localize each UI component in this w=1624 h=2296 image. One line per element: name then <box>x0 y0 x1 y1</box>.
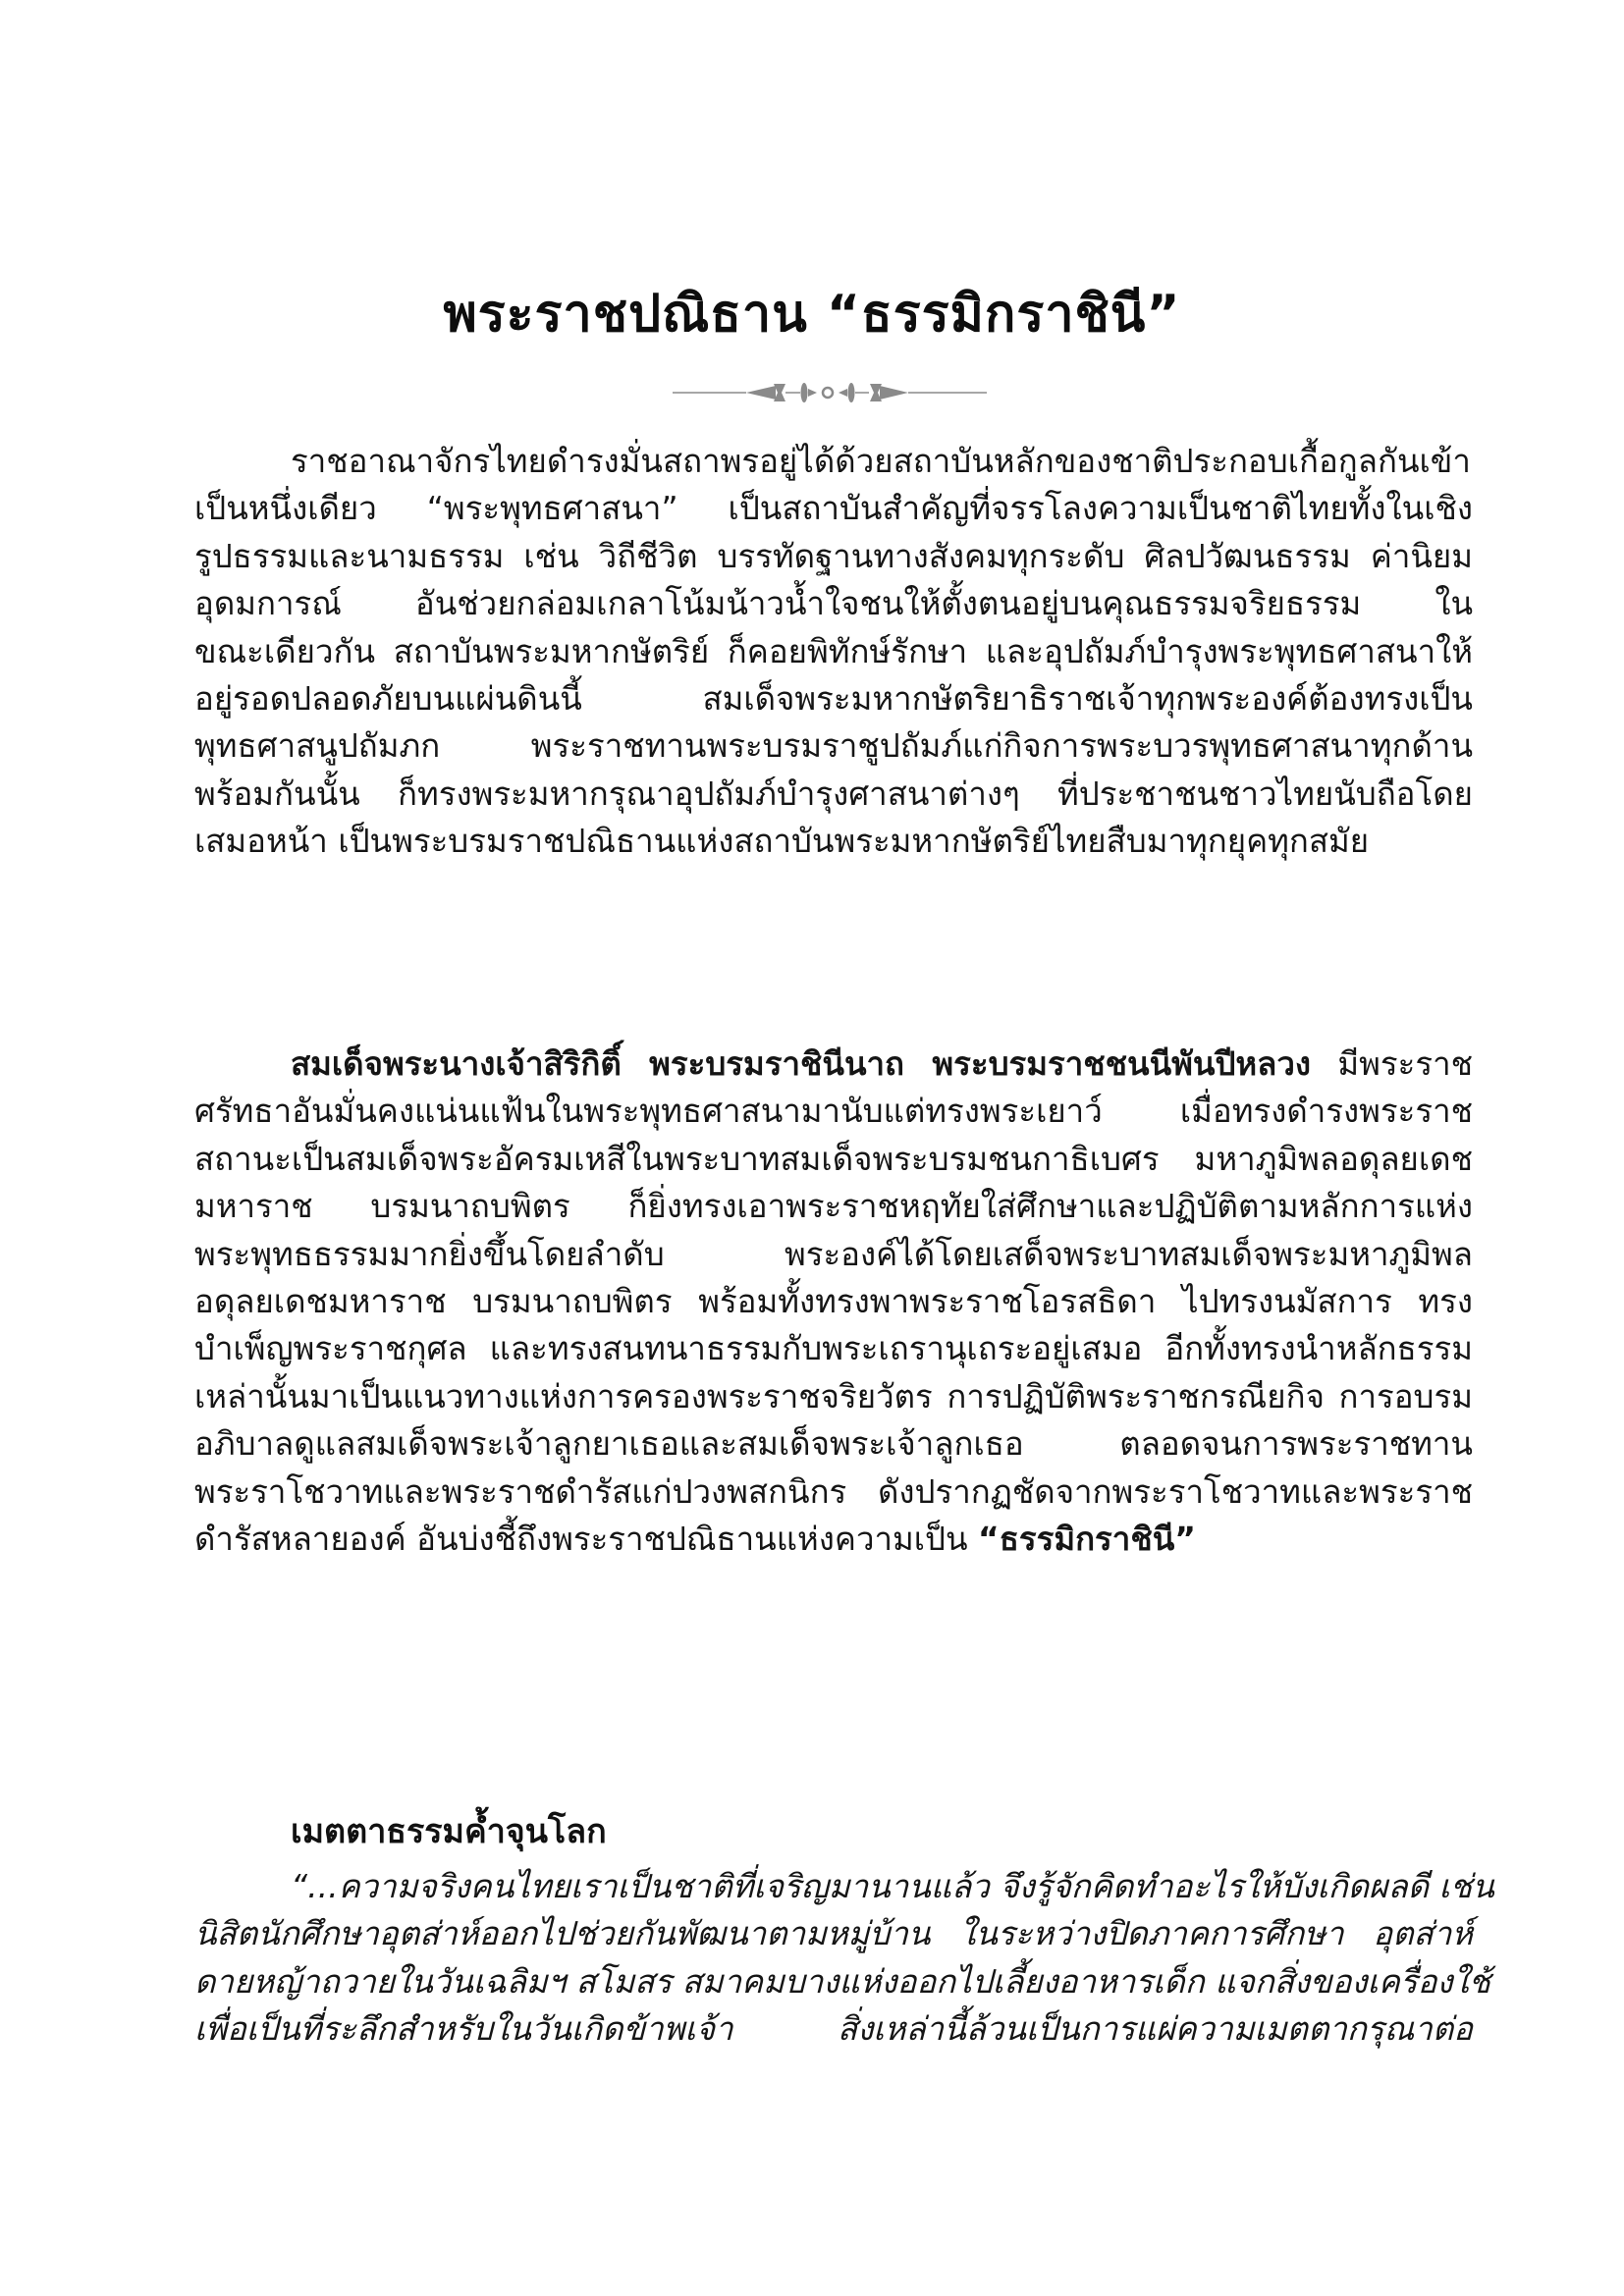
text-line: บำเพ็ญพระราชกุศล และทรงสนทนาธรรมกับพระเถ… <box>194 1325 1473 1372</box>
text-line: สมเด็จพระนางเจ้าสิริกิติ์ พระบรมราชินีนา… <box>194 1041 1473 1088</box>
text-line: อดุลยเดชมหาราช บรมนาถบพิตร พร้อมทั้งทรงพ… <box>194 1278 1473 1325</box>
quote-line: เพื่อเป็นที่ระลึกสำหรับในวันเกิดข้าพเจ้า… <box>194 2005 1473 2053</box>
dharmika-rajini-bold: “ธรรมิกราชินี” <box>978 1520 1196 1558</box>
text-line: สถานะเป็นสมเด็จพระอัครมเหสีในพระบาทสมเด็… <box>194 1136 1473 1183</box>
royal-quote: “...ความจริงคนไทยเราเป็นชาติที่เจริญมานา… <box>194 1863 1473 2054</box>
document-page: พระราชปณิธาน “ธรรมิกราชินี” ราชอาณาจักรไ… <box>0 0 1624 2296</box>
text-line: พระพุทธธรรมมากยิ่งขึ้นโดยลำดับ พระองค์ได… <box>194 1231 1473 1278</box>
text-line: เป็นหนึ่งเดียว “พระพุทธศาสนา” เป็นสถาบัน… <box>194 485 1473 532</box>
text-line: เสมอหน้า เป็นพระบรมราชปณิธานแห่งสถาบันพร… <box>194 818 1473 865</box>
queen-title-bold: สมเด็จพระนางเจ้าสิริกิติ์ พระบรมราชินีนา… <box>291 1044 1311 1083</box>
text-line: ดำรัสหลายองค์ อันบ่งชี้ถึงพระราชปณิธานแห… <box>194 1516 1473 1563</box>
text-line: ขณะเดียวกัน สถาบันพระมหากษัตริย์ ก็คอยพิ… <box>194 628 1473 675</box>
text-line: มหาราช บรมนาถบพิตร ก็ยิ่งทรงเอาพระราชหฤท… <box>194 1183 1473 1230</box>
text-line: รูปธรรมและนามธรรม เช่น วิถีชีวิต บรรทัดฐ… <box>194 533 1473 580</box>
section-heading: เมตตาธรรมค้ำจุนโลก <box>291 1808 607 1855</box>
paragraph-queen: สมเด็จพระนางเจ้าสิริกิติ์ พระบรมราชินีนา… <box>194 1041 1473 1563</box>
text-line: ราชอาณาจักรไทยดำรงมั่นสถาพรอยู่ได้ด้วยสถ… <box>194 438 1473 485</box>
quote-line: นิสิตนักศึกษาอุตส่าห์ออกไปช่วยกันพัฒนาตา… <box>194 1910 1473 1957</box>
text-line: เหล่านั้นมาเป็นแนวทางแห่งการครองพระราชจร… <box>194 1373 1473 1420</box>
text-line: อภิบาลดูแลสมเด็จพระเจ้าลูกยาเธอและสมเด็จ… <box>194 1420 1473 1468</box>
text-line: ศรัทธาอันมั่นคงแน่นแฟ้นในพระพุทธศาสนามาน… <box>194 1088 1473 1135</box>
quote-line: “...ความจริงคนไทยเราเป็นชาติที่เจริญมานา… <box>194 1863 1473 1910</box>
paragraph-intro: ราชอาณาจักรไทยดำรงมั่นสถาพรอยู่ได้ด้วยสถ… <box>194 438 1473 866</box>
page-title: พระราชปณิธาน “ธรรมิกราชินี” <box>0 283 1624 346</box>
quote-line: ดายหญ้าถวายในวันเฉลิมฯ สโมสร สมาคมบางแห่… <box>194 1958 1473 2005</box>
text-line: พร้อมกันนั้น ก็ทรงพระมหากรุณาอุปถัมภ์บำร… <box>194 771 1473 818</box>
text-fragment: มีพระราช <box>1311 1044 1473 1083</box>
text-line: อุดมการณ์ อันช่วยกล่อมเกลาโน้มน้าวน้ำใจช… <box>194 580 1473 627</box>
text-fragment: ดำรัสหลายองค์ อันบ่งชี้ถึงพระราชปณิธานแห… <box>194 1520 978 1558</box>
text-line: อยู่รอดปลอดภัยบนแผ่นดินนี้ สมเด็จพระมหาก… <box>194 675 1473 722</box>
ornamental-divider-icon <box>668 378 1001 407</box>
text-line: พุทธศาสนูปถัมภก พระราชทานพระบรมราชูปถัมภ… <box>194 722 1473 770</box>
text-line: พระราโชวาทและพระราชดำรัสแก่ปวงพสกนิกร ดั… <box>194 1468 1473 1516</box>
